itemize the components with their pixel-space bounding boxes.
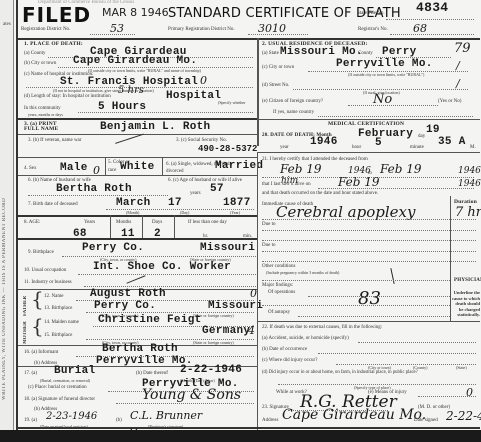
state-file-number: 4834 — [416, 0, 448, 15]
mother-group-label: MOTHER — [23, 316, 28, 344]
attended-to: Feb 19 — [380, 162, 422, 176]
death-hour-label: hour — [352, 145, 361, 150]
residence-city-label: (c) City or town — [262, 65, 294, 70]
funeral-director-label: 18. (a) Signature of funeral director — [24, 397, 95, 402]
birth-month: March — [116, 197, 151, 209]
industry-dash-mark — [127, 275, 146, 283]
registration-district-number: 53 — [110, 22, 124, 35]
date-signed: 2-22-46 — [446, 409, 481, 423]
citizen-label: (e) Citizen of foreign country? — [262, 99, 323, 104]
occupation-label: 10. Usual occupation — [24, 268, 66, 273]
injury-place-label: (d) Did injury occur in or about home, o… — [262, 370, 418, 375]
funeral-director-signature: Young & Sons — [142, 387, 241, 403]
death-city: Cape Girardeau Mo. — [73, 55, 197, 67]
left-margin: ates WRITE PLAINLY, WITH UNFADING INK — … — [0, 0, 14, 430]
foreign-country-label: If yes, name country — [273, 110, 314, 115]
death-hour: 5 — [375, 137, 382, 149]
footer-number: 44 — [128, 428, 138, 430]
other-conditions-mark — [390, 268, 394, 284]
residence-county: Perry — [382, 46, 417, 58]
major-findings-label: Major findings: — [262, 283, 293, 288]
birthplace-label: 9. Birthplace — [28, 250, 54, 255]
father-birthplace-label: 13. Birthplace — [44, 306, 72, 311]
birth-day: 17 — [168, 197, 182, 209]
disposition-date-label: (b) Date thereof — [136, 371, 168, 376]
mother-mark: 4 — [248, 324, 255, 337]
where-sub-state: (State) — [456, 365, 467, 370]
city-label: (b) City or town — [24, 61, 56, 66]
residence-county-mark: 79 — [454, 41, 471, 56]
veteran-dash-mark — [115, 134, 147, 153]
stay-place: Hospital — [166, 90, 221, 102]
filed-stamp: FILED — [22, 3, 91, 27]
date-signed-label: Date signed — [414, 418, 438, 423]
death-am-pm: M. — [470, 145, 476, 150]
other-conditions-sub: (Include pregnancy within 3 months of de… — [266, 270, 339, 275]
injury-where-label: (c) Where did injury occur? — [262, 358, 317, 363]
street-mark: / — [456, 77, 460, 90]
community-stay: 5 Hours — [98, 101, 146, 113]
residence-city: Perryville Mo. — [336, 58, 433, 70]
community-sub: years, months or days — [28, 112, 63, 117]
burial-place-label: (c) Place: burial or cremation — [28, 385, 87, 390]
death-day: 19 — [426, 124, 440, 136]
external-causes-heading: 22. If death was due to external causes,… — [262, 325, 382, 330]
last-saw-pronoun: him — [281, 176, 298, 186]
mother-brace: { — [31, 314, 44, 338]
citizen-options: (Yes or No) — [438, 99, 461, 104]
margin-label: ates — [3, 22, 11, 27]
due-to-1-label: Due to — [262, 222, 275, 227]
primary-registration-number: 3010 — [258, 22, 286, 35]
mother-birthplace-state: Germany — [202, 325, 250, 337]
residence-city-mark: / — [456, 59, 460, 72]
length-of-stay-label: (d) Length of stay: In hospital or insti… — [24, 94, 111, 99]
registration-district-label: Registration District No. — [21, 27, 70, 32]
father-group-label: FATHER — [23, 290, 28, 316]
margin-vertical-text: WRITE PLAINLY, WITH UNFADING INK — THIS … — [2, 60, 12, 400]
residence-state: Missouri Mo. — [280, 46, 363, 58]
community-label: In this community — [24, 106, 61, 111]
birth-year: 1877 — [223, 197, 251, 209]
age-days-header: Days — [152, 220, 162, 225]
birth-date-label: 7. Birth date of deceased — [28, 202, 78, 207]
father-mark: 0 — [250, 287, 257, 300]
mother-maiden-name: Christine Feigt — [98, 314, 202, 326]
father-birthplace-city: Perry Co. — [94, 300, 156, 312]
street-label: (d) Street No. — [262, 83, 289, 88]
age-label: 8. AGE: — [24, 220, 40, 225]
medical-certification-heading: MEDICAL CERTIFICATION — [328, 121, 404, 127]
mother-birthplace-label: 15. Birthplace — [44, 333, 72, 338]
veteran-label: 3. (b) If veteran, name war — [28, 138, 81, 143]
age-less-than-day-header: If less than one day — [188, 220, 227, 225]
death-year: 1946 — [310, 136, 338, 148]
deceased-full-name: Benjamin L. Roth — [100, 121, 210, 133]
mother-maiden-label: 14. Maiden name — [44, 320, 79, 325]
accident-label: (a) Accident, suicide, or homicide (spec… — [262, 336, 349, 341]
death-minute-label: minute — [410, 145, 424, 150]
death-day-label: day — [418, 134, 425, 139]
informant-name: Bertha Roth — [102, 343, 178, 355]
spouse-name: Bertha Roth — [56, 183, 132, 195]
death-stated-label: and that death occurred on the date and … — [262, 191, 378, 196]
color-value: White — [120, 161, 155, 173]
spouse-age: 57 — [210, 183, 224, 195]
stay-specify-note: (Specify whether — [218, 100, 245, 105]
cause-duration: 7 hrs — [455, 205, 481, 220]
certificate-frame: Department of Commerce Bureau of the Cen… — [16, 0, 478, 430]
sex-label: 4. Sex — [24, 166, 37, 171]
other-conditions-label: Other conditions — [262, 264, 295, 269]
industry-label: 11. Industry or business — [24, 280, 72, 285]
primary-registration-label: Primary Registration District No. — [168, 27, 235, 32]
underline-instruction: Underline the cause to which death shoul… — [452, 290, 480, 318]
operations-label: Of operations — [268, 290, 295, 295]
registrar-label: Registrar's No. — [358, 27, 388, 32]
city-note: (If outside city or town limits, write "… — [88, 68, 201, 73]
due-to-2-label: Due to — [262, 243, 275, 248]
birthplace-state: Missouri — [200, 242, 255, 254]
attended-to-year: 1946 — [458, 166, 481, 176]
state-file-label: State File No. — [357, 11, 385, 16]
stay-handwritten: 5 hrs — [118, 85, 144, 96]
registrar-signature-label: (b) — [116, 418, 122, 423]
spouse-age-label: 6. (c) Age of husband or wife if alive — [168, 178, 242, 183]
registrar-number: 68 — [413, 22, 427, 35]
disposition-label: 17. (a) — [24, 371, 37, 376]
death-certificate: ates WRITE PLAINLY, WITH UNFADING INK — … — [0, 0, 481, 430]
father-brace: { — [31, 287, 44, 311]
sex-value: Male — [60, 162, 88, 174]
disposition-date: 2-22-1946 — [180, 364, 242, 376]
residence-county-label: County — [358, 51, 373, 56]
bottom-scan-edge — [0, 430, 481, 442]
disposition-method: Burial — [54, 365, 95, 377]
father-name: August Roth — [90, 288, 166, 300]
attended-from: Feb 19 — [280, 162, 322, 176]
death-year-label: year — [280, 145, 289, 150]
informant-label: 16. (a) Informant — [24, 350, 58, 355]
received-label: 19. (a) — [24, 418, 37, 423]
autopsy-label: Of autopsy — [268, 310, 290, 315]
father-birthplace-state: Missouri — [208, 300, 263, 312]
physician-address-label: Address — [262, 418, 278, 423]
death-month: February — [358, 128, 413, 140]
received-date: 2-23-1946 — [46, 411, 97, 422]
means-mark: 0 — [466, 386, 473, 399]
father-name-label: 12. Name — [44, 294, 63, 299]
physician-label: PHYSICIAN — [454, 278, 481, 283]
filed-stamp-date: MAR 8 1946 — [102, 6, 169, 19]
social-security-number: 490-28-5372 — [198, 144, 257, 154]
county-label: (a) County — [24, 51, 46, 56]
occurrence-date-label: (b) Date of occurrence — [262, 347, 307, 352]
age-years-header: Years — [84, 220, 95, 225]
hospital-mark: 0 — [200, 74, 207, 87]
citizen-value: No — [373, 92, 392, 107]
occupation: Int. Shoe Co. Worker — [93, 261, 231, 273]
spouse-age-unit-prefix: years — [190, 191, 201, 196]
last-saw-date: Feb 19 — [338, 175, 380, 189]
residence-state-label: (a) State — [262, 51, 279, 56]
place-of-death-heading: 1. PLACE OF DEATH: — [24, 41, 83, 47]
physician-address: Cape Girardeau Mo. — [282, 407, 426, 423]
birthplace-city: Perry Co. — [82, 242, 144, 254]
death-minute: 35 A — [438, 136, 466, 148]
registrar-signature: C.L. Brunner — [130, 409, 202, 422]
residence-city-note: (If outside city or town limits, write "… — [348, 72, 424, 77]
full-name-label: 3. (a) PRINT FULL NAME — [24, 122, 64, 132]
age-months-header: Months — [116, 220, 131, 225]
disposition-method-sub: (Burial, cremation, or removal) — [40, 378, 90, 383]
